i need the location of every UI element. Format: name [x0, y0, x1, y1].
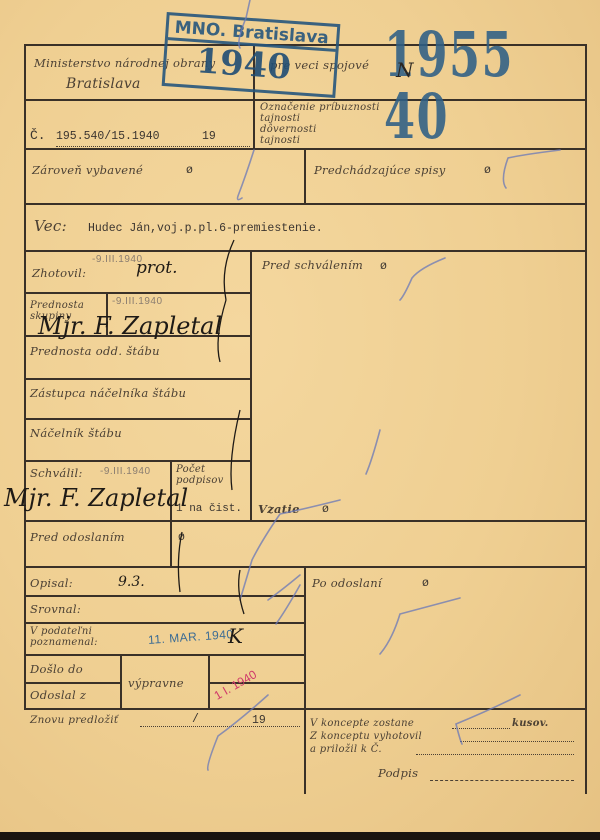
pencil-annotations — [0, 0, 600, 832]
document-page: Ministerstvo národnej obrany pre veci sp… — [0, 0, 600, 832]
